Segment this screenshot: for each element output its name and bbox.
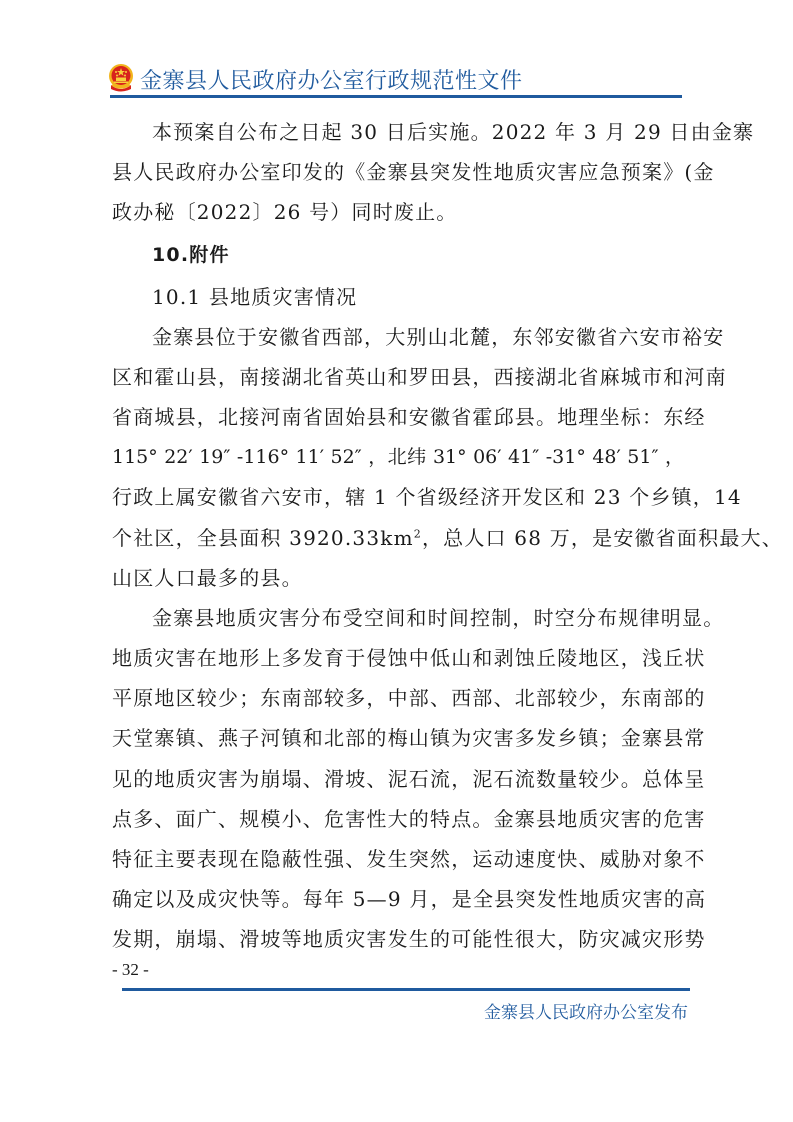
text-line: 点多、面广、规模小、危害性大的特点。金寨县地质灾害的危害 bbox=[112, 799, 684, 839]
superscript: 2 bbox=[414, 527, 422, 540]
text-line: 本预案自公布之日起 30 日后实施。2022 年 3 月 29 日由金寨 bbox=[112, 112, 684, 152]
text-line: 发期，崩塌、滑坡等地质灾害发生的可能性很大，防灾减灾形势 bbox=[112, 919, 684, 959]
footer-divider bbox=[122, 988, 690, 991]
text-segment: ，总人口 68 万，是安徽省面积最大、 bbox=[422, 526, 783, 550]
paragraph-county-overview: 金寨县位于安徽省西部，大别山北麓，东邻安徽省六安市裕安 区和霍山县，南接湖北省英… bbox=[112, 317, 684, 598]
text-line: 天堂寨镇、燕子河镇和北部的梅山镇为灾害多发乡镇；金寨县常 bbox=[112, 718, 684, 758]
document-series-title: 金寨县人民政府办公室行政规范性文件 bbox=[140, 64, 523, 95]
text-line: 政办秘〔2022〕26 号）同时废止。 bbox=[112, 192, 684, 232]
document-body: 本预案自公布之日起 30 日后实施。2022 年 3 月 29 日由金寨 县人民… bbox=[112, 112, 684, 960]
text-line: 金寨县地质灾害分布受空间和时间控制，时空分布规律明显。 bbox=[112, 598, 684, 638]
page-number: - 32 - bbox=[112, 960, 149, 980]
subsection-heading: 10.1 县地质灾害情况 bbox=[112, 277, 684, 317]
text-line: 县人民政府办公室印发的《金寨县突发性地质灾害应急预案》(金 bbox=[112, 152, 684, 192]
page-header: 金寨县人民政府办公室行政规范性文件 bbox=[106, 60, 686, 100]
text-line: 山区人口最多的县。 bbox=[112, 558, 684, 598]
text-segment: 个社区，全县面积 3920.33km bbox=[112, 526, 414, 550]
paragraph-effective-date: 本预案自公布之日起 30 日后实施。2022 年 3 月 29 日由金寨 县人民… bbox=[112, 112, 684, 233]
text-line: 115° 22′ 19″ -116° 11′ 52″ ，北纬 31° 06′ 4… bbox=[112, 437, 684, 477]
text-line: 个社区，全县面积 3920.33km2，总人口 68 万，是安徽省面积最大、 bbox=[112, 518, 684, 558]
text-line: 省商城县，北接河南省固始县和安徽省霍邱县。地理坐标：东经 bbox=[112, 397, 684, 437]
text-line: 确定以及成灾快等。每年 5—9 月，是全县突发性地质灾害的高 bbox=[112, 879, 684, 919]
header-divider bbox=[110, 95, 682, 98]
text-line: 特征主要表现在隐蔽性强、发生突然，运动速度快、威胁对象不 bbox=[112, 839, 684, 879]
text-line: 区和霍山县，南接湖北省英山和罗田县，西接湖北省麻城市和河南 bbox=[112, 357, 684, 397]
text-line: 平原地区较少；东南部较多，中部、西部、北部较少，东南部的 bbox=[112, 678, 684, 718]
text-line: 行政上属安徽省六安市，辖 1 个省级经济开发区和 23 个乡镇，14 bbox=[112, 477, 684, 517]
publisher-label: 金寨县人民政府办公室发布 bbox=[484, 998, 688, 1023]
text-line: 见的地质灾害为崩塌、滑坡、泥石流，泥石流数量较少。总体呈 bbox=[112, 759, 684, 799]
section-heading: 10.附件 bbox=[112, 233, 684, 277]
text-line: 金寨县位于安徽省西部，大别山北麓，东邻安徽省六安市裕安 bbox=[112, 317, 684, 357]
national-emblem-icon bbox=[108, 63, 134, 93]
text-line: 地质灾害在地形上多发育于侵蚀中低山和剥蚀丘陵地区，浅丘状 bbox=[112, 638, 684, 678]
paragraph-hazard-distribution: 金寨县地质灾害分布受空间和时间控制，时空分布规律明显。 地质灾害在地形上多发育于… bbox=[112, 598, 684, 960]
